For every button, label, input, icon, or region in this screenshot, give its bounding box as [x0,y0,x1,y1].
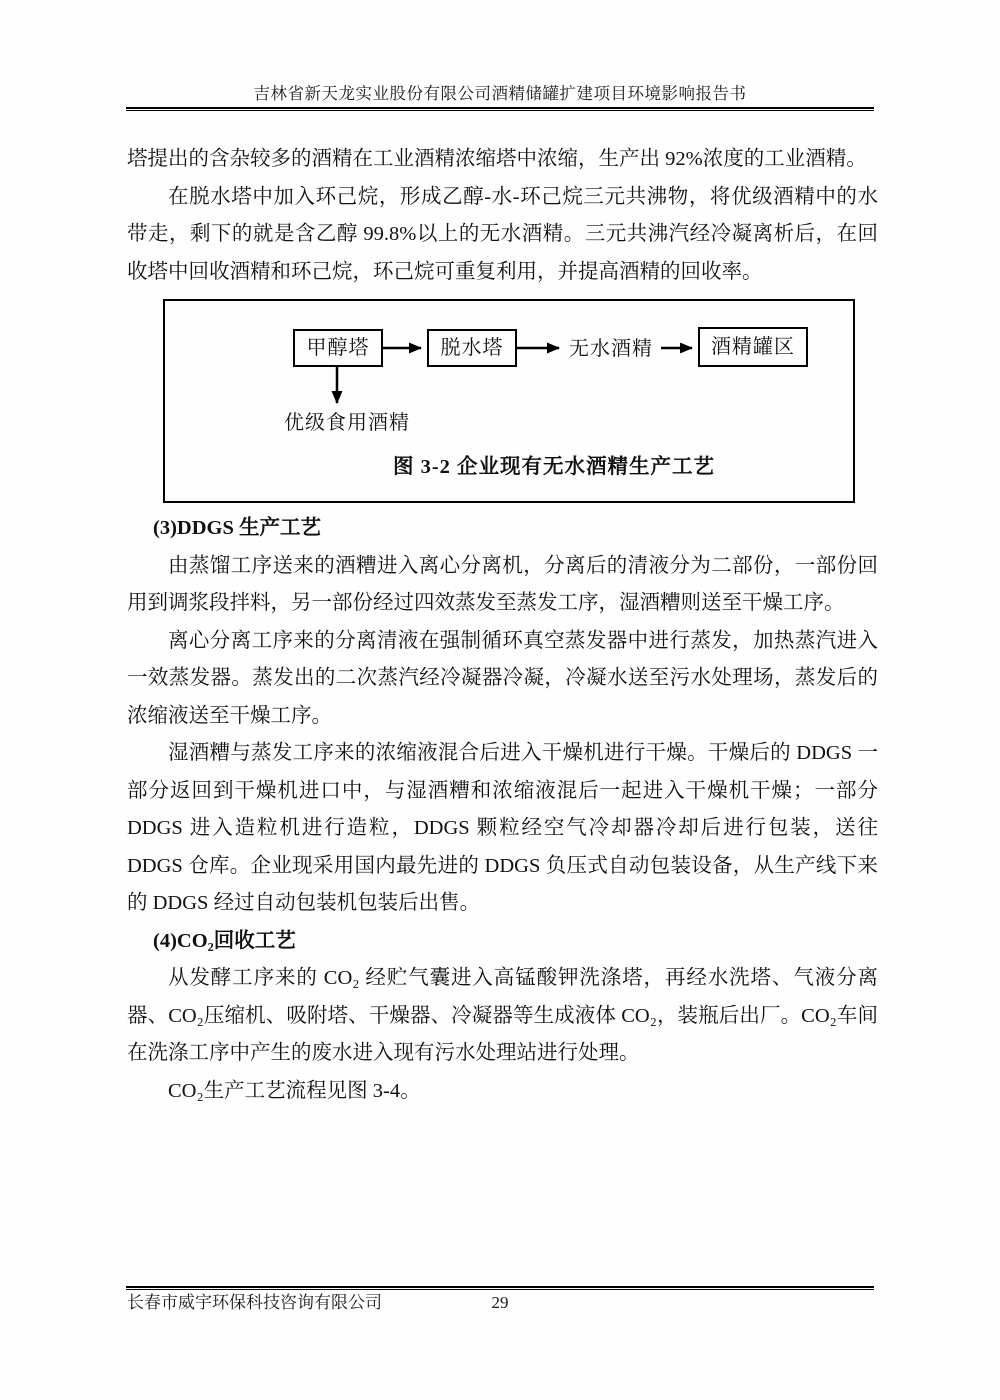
page-header-title: 吉林省新天龙实业股份有限公司酒精储罐扩建项目环境影响报告书 [0,84,1000,104]
flowchart-node-methanol-tower: 甲醇塔 [293,329,383,367]
paragraph: 由蒸馏工序送来的酒糟进入离心分离机，分离后的清液分为二部份，一部份回用到调浆段拌… [127,548,878,623]
paragraph: 湿酒糟与蒸发工序来的浓缩液混合后进入干燥机进行干燥。干燥后的 DDGS 一部分返… [127,735,878,923]
flowchart-label-anhydrous-alcohol: 无水酒精 [565,339,657,359]
figure-caption: 图 3-2 企业现有无水酒精生产工艺 [165,454,853,481]
page-number: 29 [127,1291,873,1315]
document-body: 塔提出的含杂较多的酒精在工业酒精浓缩塔中浓缩，生产出 92%浓度的工业酒精。 在… [127,141,878,1110]
flowchart-node-dehydration-tower: 脱水塔 [427,329,517,367]
document-page: 吉林省新天龙实业股份有限公司酒精储罐扩建项目环境影响报告书 塔提出的含杂较多的酒… [0,0,1000,1400]
paragraph: 从发酵工序来的 CO₂ 经贮气囊进入高锰酸钾洗涤塔，再经水洗塔、气液分离器、CO… [127,960,878,1073]
flowchart-node-alcohol-tank-area: 酒精罐区 [698,327,808,367]
header-rule [126,107,874,111]
section-heading-ddgs-process: (3)DDGS 生产工艺 [127,510,878,548]
figure-3-2-flowchart: 甲醇塔 脱水塔 无水酒精 酒精罐区 优级食用酒精 图 3-2 企业现有无水酒精生… [163,299,855,503]
paragraph: 塔提出的含杂较多的酒精在工业酒精浓缩塔中浓缩，生产出 92%浓度的工业酒精。 [127,141,878,179]
page-footer: 长春市威宇环保科技咨询有限公司 29 [127,1291,875,1315]
footer-rule-thin-line [126,1289,874,1290]
header-rule-thick-line [126,107,874,109]
footer-rule [126,1286,874,1290]
paragraph: CO₂生产工艺流程见图 3-4。 [127,1073,878,1111]
footer-rule-thick-line [126,1286,874,1288]
header-rule-thin-line [126,110,874,111]
flowchart-label-premium-edible-alcohol: 优级食用酒精 [284,413,410,433]
paragraph: 在脱水塔中加入环己烷，形成乙醇-水-环己烷三元共沸物，将优级酒精中的水带走，剩下… [127,179,878,292]
section-heading-co2-recovery: (4)CO₂回收工艺 [127,923,878,961]
paragraph: 离心分离工序来的分离清液在强制循环真空蒸发器中进行蒸发，加热蒸汽进入一效蒸发器。… [127,623,878,736]
